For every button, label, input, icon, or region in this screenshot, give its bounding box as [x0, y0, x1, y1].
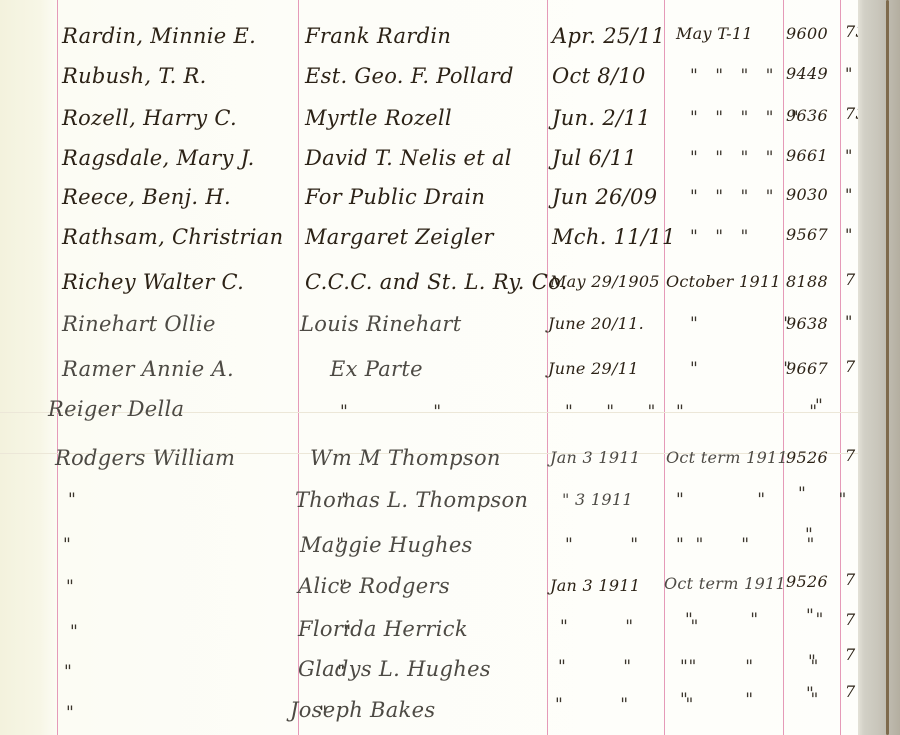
entry-party: Thomas L. Thompson — [295, 488, 528, 512]
entry-party: Wm M Thompson — [310, 446, 501, 470]
entry-term: " " " — [676, 490, 880, 510]
entry-name: Rodgers William — [55, 446, 235, 470]
entry-party: C.C.C. and St. L. Ry. Co. — [305, 270, 568, 294]
entry-party: Alice Rodgers — [298, 574, 450, 598]
entry-date: June 29/11 — [548, 359, 639, 378]
entry-term: " " " — [690, 227, 754, 247]
entry-date: Oct 8/10 — [552, 64, 646, 88]
entry-term: " " " — [685, 610, 849, 630]
entry-name: Rardin, Minnie E. — [62, 24, 256, 48]
entry-party: Margaret Zeigler — [305, 225, 494, 249]
entry-page: 7 — [845, 682, 855, 701]
entry-number: 9449 — [786, 64, 828, 83]
entry-page: " — [845, 312, 853, 331]
entry-date: Jun. 2/11 — [552, 106, 651, 130]
entry-term: " " — [676, 402, 877, 422]
entry-name: Richey Walter C. — [62, 270, 244, 294]
entry-party: Frank Rardin — [305, 24, 451, 48]
entry-name: Rathsam, Christrian — [62, 225, 283, 249]
entry-term: " " " " — [690, 187, 780, 207]
entry-term: Oct term 1911 — [664, 574, 786, 593]
entry-number: " — [806, 684, 820, 704]
entry-number: 9030 — [786, 185, 828, 204]
entry-number: 9636 — [786, 106, 828, 125]
book-binding — [858, 0, 900, 735]
entry-party: Florida Herrick — [298, 617, 468, 641]
entry-name: Rinehart Ollie — [62, 312, 216, 336]
entry-number: 9638 — [786, 314, 828, 333]
entry-name: Reece, Benj. H. — [62, 185, 231, 209]
entry-page: 7 — [845, 270, 855, 289]
entry-name: Rozell, Harry C. — [62, 106, 237, 130]
entry-date: Jun 26/09 — [552, 185, 657, 209]
entry-party: David T. Nelis et al — [305, 146, 512, 170]
entry-number: " — [815, 396, 829, 416]
entry-party: Est. Geo. F. Pollard — [305, 64, 514, 88]
entry-date: Mch. 11/11 — [552, 225, 676, 249]
entry-number: 9661 — [786, 146, 828, 165]
entry-page: " — [845, 185, 853, 204]
binding-thread — [886, 0, 889, 735]
entry-party: Gladys L. Hughes — [298, 657, 491, 681]
entry-number: 9526 — [786, 572, 828, 591]
entry-name: Reiger Della — [48, 397, 184, 421]
entry-number: 9526 — [786, 448, 828, 467]
entry-name: Ragsdale, Mary J. — [62, 146, 255, 170]
entry-number: " — [798, 484, 812, 504]
entry-date: " " " — [565, 402, 669, 422]
entry-party: Maggie Hughes — [300, 533, 473, 557]
entry-page: 7 — [845, 645, 855, 664]
entry-date: Apr. 25/11 — [552, 24, 665, 48]
entry-number: 8188 — [786, 272, 828, 291]
entry-page: 7 — [845, 610, 855, 629]
ledger-page: Rardin, Minnie E. Frank Rardin Apr. 25/1… — [0, 0, 862, 735]
entry-page: " — [845, 146, 853, 165]
entry-name: Rubush, T. R. — [62, 64, 207, 88]
entry-page: 7 — [845, 446, 855, 465]
entry-term: October 1911 — [666, 272, 781, 291]
entry-term: May T-11 — [676, 24, 753, 43]
entry-page: 7 — [845, 357, 855, 376]
column-rule — [57, 0, 58, 735]
entry-term: " " " " — [690, 148, 780, 168]
entry-date: Jan 3 1911 — [550, 576, 640, 595]
entry-number: " — [808, 652, 822, 672]
entry-number: 9600 — [786, 24, 828, 43]
entry-number: 9667 — [786, 359, 828, 378]
entry-term: " " " " — [690, 66, 780, 86]
entry-page: " — [845, 225, 853, 244]
entry-date: " 3 1911 — [562, 490, 633, 509]
entry-number: " — [805, 525, 819, 545]
entry-party: Ex Parte — [330, 357, 423, 381]
entry-term: Oct term 1911 — [666, 448, 788, 467]
entry-number: 9567 — [786, 225, 828, 244]
entry-date: May 29/1905 — [550, 272, 660, 291]
entry-number: " — [806, 606, 820, 626]
entry-party: Myrtle Rozell — [305, 106, 452, 130]
entry-page: 7 — [845, 570, 855, 589]
entry-date: June 20/11. — [548, 314, 644, 333]
entry-party: For Public Drain — [305, 185, 485, 209]
entry-name: Ramer Annie A. — [62, 357, 234, 381]
entry-page: " — [845, 64, 853, 83]
entry-date: Jan 3 1911 — [550, 448, 640, 467]
entry-party: " " — [340, 402, 481, 422]
entry-party: Louis Rinehart — [300, 312, 462, 336]
entry-date: Jul 6/11 — [552, 146, 637, 170]
entry-party: Joseph Bakes — [290, 698, 435, 722]
